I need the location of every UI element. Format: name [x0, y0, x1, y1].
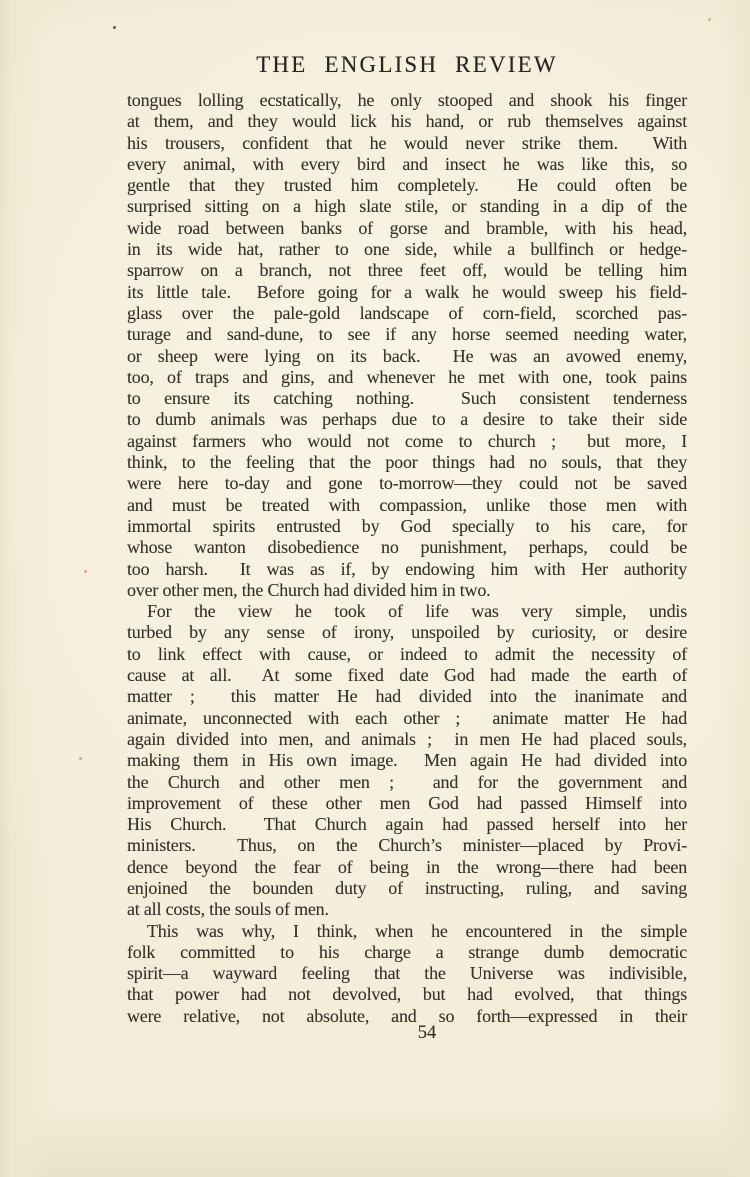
text-line: in its wide hat, rather to one side, whi…	[127, 239, 687, 260]
running-header-title: THE ENGLISH REVIEW	[127, 52, 687, 78]
text-line: improvement of these other men God had p…	[127, 793, 687, 814]
text-line: whose wanton disobedience no punishment,…	[127, 537, 687, 558]
text-line: its little tale. Before going for a walk…	[127, 282, 687, 303]
text-line: or sheep were lying on its back. He was …	[127, 346, 687, 367]
text-line: enjoined the bounden duty of instructing…	[127, 878, 687, 899]
paragraph: tongues lolling ecstatically, he only st…	[127, 90, 687, 601]
page-body: tongues lolling ecstatically, he only st…	[127, 90, 687, 1027]
paper-speck	[79, 757, 82, 760]
paper-speck	[113, 26, 116, 29]
text-line: were here to-day and gone to-morrow—they…	[127, 473, 687, 494]
text-line: to dumb animals was perhaps due to a des…	[127, 409, 687, 430]
text-line: spirit—a wayward feeling that the Univer…	[127, 963, 687, 984]
text-line: cause at all. At some fixed date God had…	[127, 665, 687, 686]
text-line: turage and sand-dune, to see if any hors…	[127, 324, 687, 345]
text-line: ministers. Thus, on the Church’s ministe…	[127, 835, 687, 856]
text-line: think, to the feeling that the poor thin…	[127, 452, 687, 473]
text-line: again divided into men, and animals ; in…	[127, 729, 687, 750]
text-line: the Church and other men ; and for the g…	[127, 772, 687, 793]
text-line: dence beyond the fear of being in the wr…	[127, 857, 687, 878]
paper-speck	[708, 18, 711, 21]
text-line: his trousers, confident that he would ne…	[127, 133, 687, 154]
text-line: His Church. That Church again had passed…	[127, 814, 687, 835]
text-line: folk committed to his charge a strange d…	[127, 942, 687, 963]
text-line: surprised sitting on a high slate stile,…	[127, 196, 687, 217]
text-line: against farmers who would not come to ch…	[127, 431, 687, 452]
paper-speck	[84, 570, 87, 573]
page-number: 54	[147, 1023, 707, 1044]
text-line: immortal spirits entrusted by God specia…	[127, 516, 687, 537]
text-line: animate, unconnected with each other ; a…	[127, 708, 687, 729]
text-line: tongues lolling ecstatically, he only st…	[127, 90, 687, 111]
text-line: matter ; this matter He had divided into…	[127, 686, 687, 707]
text-line: over other men, the Church had divided h…	[127, 580, 687, 601]
text-line: at them, and they would lick his hand, o…	[127, 111, 687, 132]
text-line: that power had not devolved, but had evo…	[127, 984, 687, 1005]
text-line: sparrow on a branch, not three feet off,…	[127, 260, 687, 281]
text-line: This was why, I think, when he encounter…	[127, 921, 687, 942]
text-line: to ensure its catching nothing. Such con…	[127, 388, 687, 409]
text-line: making them in His own image. Men again …	[127, 750, 687, 771]
text-line: too, of traps and gins, and whenever he …	[127, 367, 687, 388]
text-line: every animal, with every bird and insect…	[127, 154, 687, 175]
text-line: gentle that they trusted him completely.…	[127, 175, 687, 196]
text-line: and must be treated with compassion, unl…	[127, 495, 687, 516]
text-line: turbed by any sense of irony, unspoiled …	[127, 622, 687, 643]
paragraph: For the view he took of life was very si…	[127, 601, 687, 920]
book-page: THE ENGLISH REVIEW tongues lolling ecsta…	[0, 0, 750, 1177]
text-line: glass over the pale-gold landscape of co…	[127, 303, 687, 324]
text-line: too harsh. It was as if, by endowing him…	[127, 559, 687, 580]
text-line: to link effect with cause, or indeed to …	[127, 644, 687, 665]
text-line: For the view he took of life was very si…	[127, 601, 687, 622]
text-line: at all costs, the souls of men.	[127, 899, 687, 920]
text-line: wide road between banks of gorse and bra…	[127, 218, 687, 239]
paragraph: This was why, I think, when he encounter…	[127, 921, 687, 1027]
